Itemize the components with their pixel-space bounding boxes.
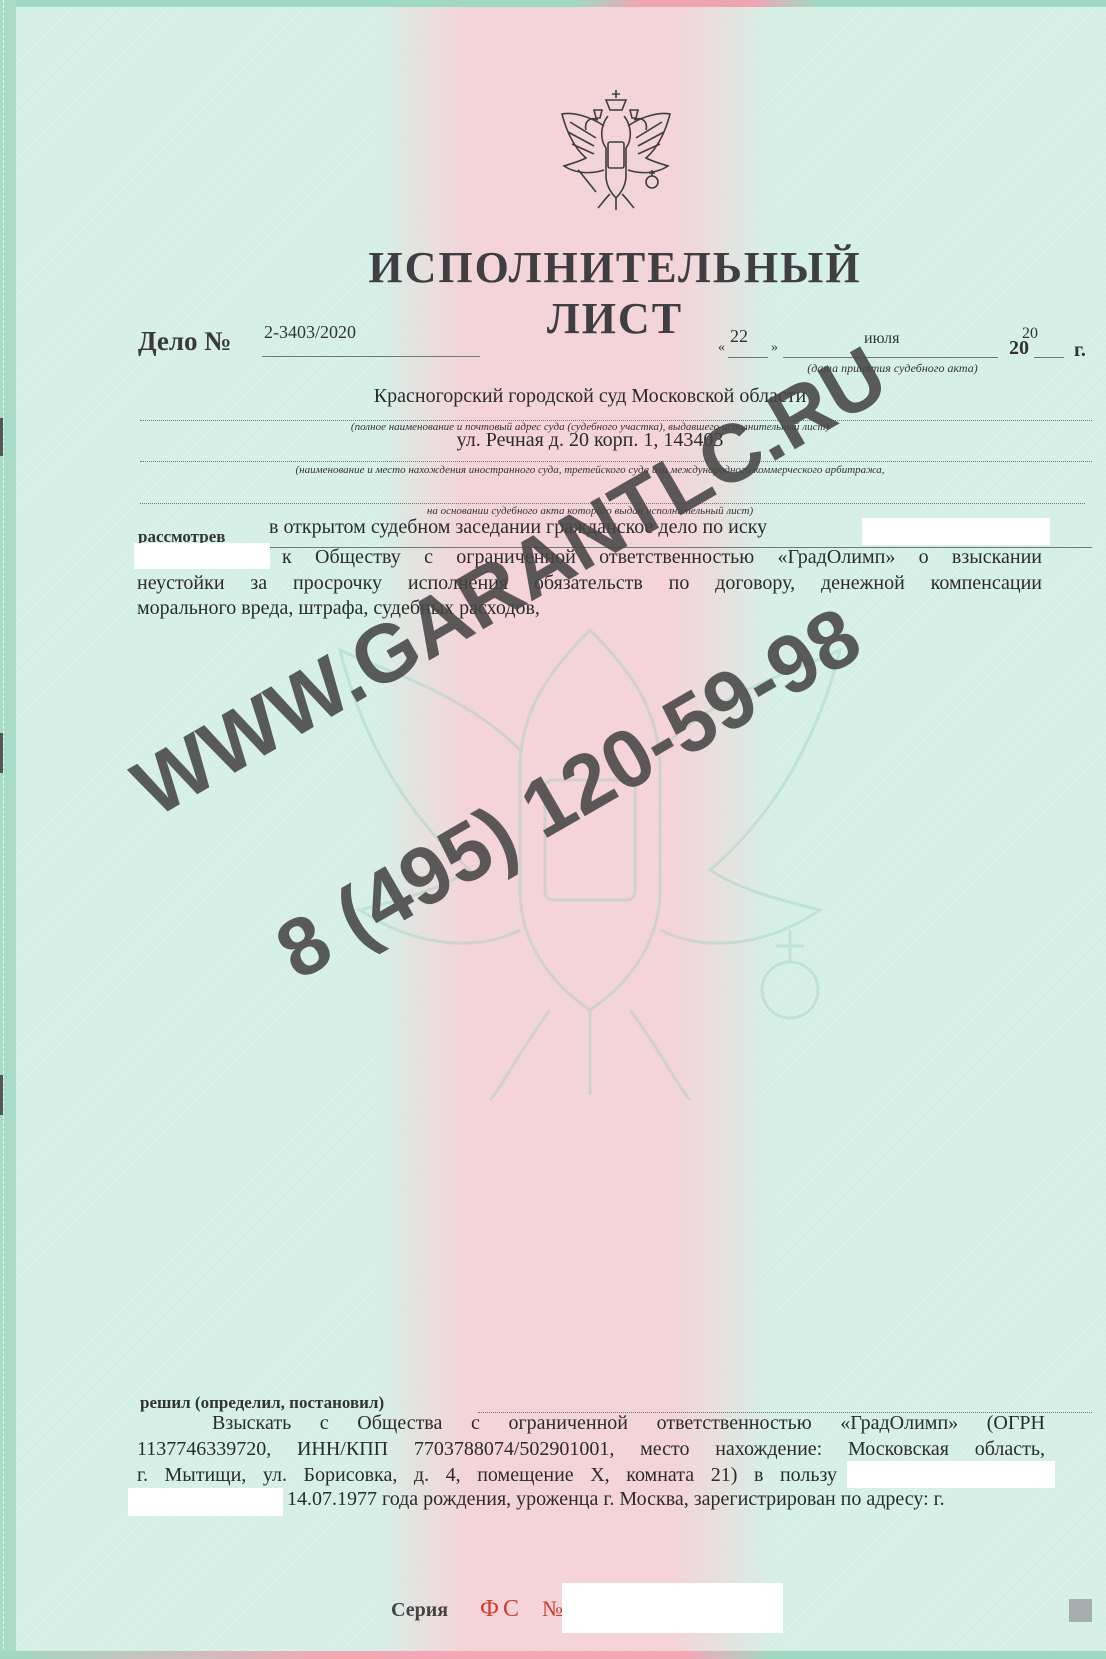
court-name: Красногорский городской суд Московской о…	[140, 385, 1040, 408]
left-margin-band	[0, 0, 16, 1659]
redacted-plaintiff-name-continued	[134, 543, 270, 569]
case-number-value: 2-3403/2020	[264, 322, 356, 343]
court-address-line	[140, 461, 1092, 462]
decided-line-3: г. Мытищи, ул. Борисовка, д. 4, помещени…	[137, 1462, 837, 1488]
series-code: ФС	[480, 1596, 523, 1623]
staple-mark	[0, 418, 3, 456]
date-month: июля	[864, 330, 899, 348]
document-title: ИСПОЛНИТЕЛЬНЫЙ ЛИСТ	[300, 242, 930, 344]
decided-line-1: Взыскать с Общества с ограниченной ответ…	[212, 1410, 1045, 1436]
date-year-suffix: 20	[1022, 325, 1038, 343]
date-year-unit: г.	[1074, 339, 1086, 362]
foreign-court-caption: (наименование и место нахождения иностра…	[140, 464, 1040, 476]
staple-mark	[0, 733, 3, 773]
court-address: ул. Речная д. 20 корп. 1, 143403	[140, 429, 1040, 452]
case-number-underline	[262, 356, 480, 357]
series-label: Серия	[391, 1599, 448, 1622]
date-day: 22	[730, 326, 748, 347]
date-year-underline	[1034, 357, 1064, 358]
corner-registration-mark	[1069, 1599, 1092, 1622]
series-number-sign: №	[542, 1596, 563, 1622]
redacted-series-number	[562, 1583, 783, 1633]
date-close-quote: »	[771, 340, 778, 356]
decided-line-2: 1137746339720, ИНН/КПП 7703788074/502901…	[137, 1436, 1045, 1462]
bottom-border-band	[0, 1651, 1106, 1659]
redacted-beneficiary-name	[847, 1461, 1055, 1488]
russian-coat-of-arms-icon	[556, 86, 676, 211]
top-border-band	[0, 0, 1106, 7]
decided-line-4: 14.07.1977 года рождения, уроженца г. Мо…	[287, 1488, 945, 1511]
date-open-quote: «	[718, 340, 725, 356]
redacted-plaintiff-name	[862, 518, 1050, 545]
redacted-beneficiary-name-continued	[128, 1488, 283, 1516]
case-number-label: Дело №	[138, 326, 231, 357]
date-day-underline	[728, 357, 768, 358]
staple-mark	[0, 1075, 3, 1115]
